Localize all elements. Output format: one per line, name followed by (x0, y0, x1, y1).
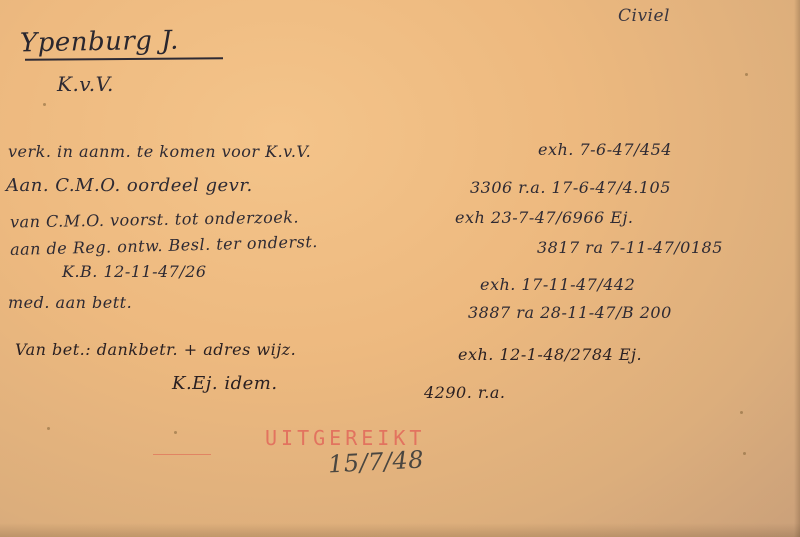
paper-speck (43, 103, 46, 106)
entry-text: van C.M.O. voorst. tot onderzoek. (10, 207, 299, 231)
category-label: Civiel (618, 6, 670, 26)
entry-ref: exh. 7-6-47/454 (538, 140, 672, 159)
paper-speck (174, 431, 177, 434)
card-edge (794, 0, 800, 537)
stamp-mark (153, 454, 211, 455)
entry-ref: 4290. r.a. (424, 383, 506, 402)
paper-speck (47, 427, 50, 430)
entry-text: med. aan bett. (8, 293, 132, 312)
entry-text: K.B. 12-11-47/26 (62, 262, 207, 281)
index-card: Ypenburg J. K.v.V. Civiel verk. in aanm.… (0, 0, 800, 537)
entry-ref: exh. 17-11-47/442 (480, 275, 635, 294)
card-name-heading: Ypenburg J. (20, 26, 179, 59)
entry-text: Aan. C.M.O. oordeel gevr. (6, 175, 253, 196)
entry-text: Van bet.: dankbetr. + adres wijz. (15, 340, 296, 359)
entry-ref: 3306 r.a. 17-6-47/4.105 (470, 178, 671, 197)
entry-text: K.Ej. idem. (172, 373, 278, 394)
paper-speck (743, 452, 746, 455)
paper-speck (745, 73, 748, 76)
name-underline (25, 57, 223, 60)
entry-ref: exh. 12-1-48/2784 Ej. (458, 345, 642, 364)
stamp-date: 15/7/48 (327, 446, 424, 479)
entry-text: verk. in aanm. te komen voor K.v.V. (8, 142, 311, 161)
entry-text: aan de Reg. ontw. Besl. ter onderst. (10, 232, 318, 259)
entry-ref: 3817 ra 7-11-47/0185 (537, 238, 723, 257)
paper-speck (740, 411, 743, 414)
entry-ref: exh 23-7-47/6966 Ej. (455, 208, 634, 227)
card-subtitle: K.v.V. (57, 72, 114, 96)
entry-ref: 3887 ra 28-11-47/B 200 (468, 303, 672, 322)
